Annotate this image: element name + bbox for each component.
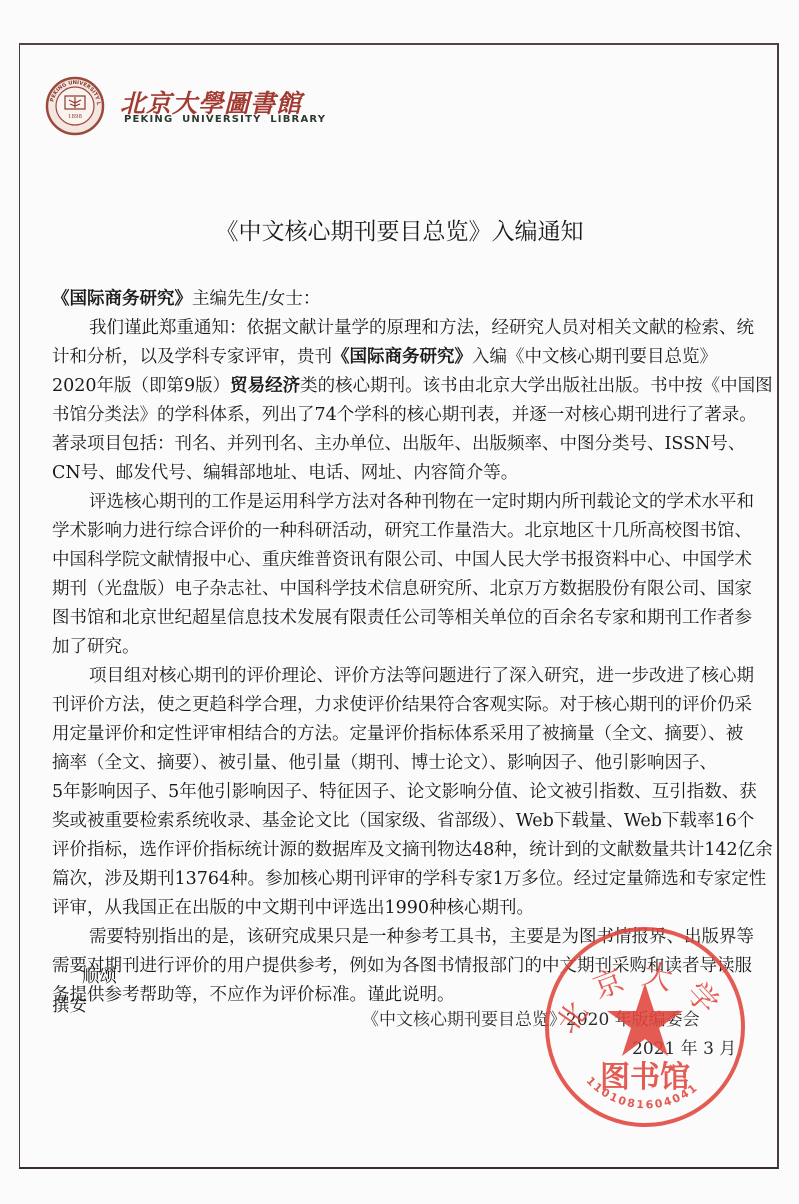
paragraph-1: 我们谨此郑重通知：依据文献计量学的原理和方法，经研究人员对相关文献的检索、统 计…	[52, 314, 752, 488]
closing-line-1: 顺颂	[82, 963, 117, 988]
paragraph-3: 项目组对核心期刊的评价理论、评价方法等问题进行了深入研究，进一步改进了核心期 刊…	[52, 662, 752, 923]
closing-line-2: 撰安	[52, 992, 87, 1017]
library-name-en: PEKING UNIVERSITY LIBRARY	[124, 114, 326, 125]
text-line: 用定量评价和定性评审相结合的方法。定量评价指标体系采用了被摘量（全文、摘要）、被	[52, 720, 752, 749]
paragraph-2: 评选核心期刊的工作是运用科学方法对各种刊物在一定时期内所刊载论文的学术水平和 学…	[52, 488, 752, 662]
text-line: 摘率（全文、摘要）、被引量、他引量（期刊、博士论文）、影响因子、他引影响因子、	[52, 749, 752, 778]
text-line: 评价指标，选作评价指标统计源的数据库及文摘刊物达48种，统计到的文献数量共计14…	[52, 836, 752, 865]
letter-body: 《国际商务研究》主编先生/女士： 我们谨此郑重通知：依据文献计量学的原理和方法，…	[52, 285, 752, 1010]
text-span: 入编《中文核心期刊要目总览》	[472, 347, 717, 367]
text-line: 评审，从我国正在出版的中文期刊中评选出1990种核心期刊。	[52, 894, 752, 923]
text-line: 计和分析，以及学科专家评审，贵刊《国际商务研究》入编《中文核心期刊要目总览》	[52, 343, 752, 372]
official-stamp-icon: 北京大学 图书馆 1101081604041	[543, 925, 748, 1130]
subject-category: 贸易经济	[230, 376, 300, 396]
document-title: 《中文核心期刊要目总览》入编通知	[0, 213, 799, 246]
journal-name: 《国际商务研究》	[52, 289, 192, 309]
text-line: 书馆分类法》的学科体系，列出了74个学科的核心期刊表，并逐一对核心期刊进行了著录…	[52, 401, 752, 430]
text-line: CN号、邮发代号、编辑部地址、电话、网址、内容简介等。	[52, 459, 752, 488]
text-span: 2020年版（即第9版）	[52, 376, 230, 396]
text-line: 我们谨此郑重通知：依据文献计量学的原理和方法，经研究人员对相关文献的检索、统	[52, 314, 752, 343]
text-line: 奖或被重要检索系统收录、基金论文比（国家级、省部级）、Web下载量、Web下载率…	[52, 807, 752, 836]
text-line: 篇次，涉及期刊13764种。参加核心期刊评审的学科专家1万多位。经过定量筛选和专…	[52, 865, 752, 894]
text-line: 项目组对核心期刊的评价理论、评价方法等问题进行了深入研究，进一步改进了核心期	[52, 662, 752, 691]
university-seal-icon: PEKING UNIVERSITY LIBRARY 1898	[45, 76, 105, 136]
svg-text:1898: 1898	[68, 114, 82, 120]
text-line: 2020年版（即第9版）贸易经济类的核心期刊。该书由北京大学出版社出版。书中按《…	[52, 372, 752, 401]
text-span: 类的核心期刊。该书由北京大学出版社出版。书中按《中国图	[300, 376, 773, 396]
salutation-text: 主编先生/女士：	[192, 289, 320, 309]
svg-text:图书馆: 图书馆	[600, 1060, 690, 1095]
text-line: 评选核心期刊的工作是运用科学方法对各种刊物在一定时期内所刊载论文的学术水平和	[52, 488, 752, 517]
salutation: 《国际商务研究》主编先生/女士：	[52, 285, 752, 314]
text-line: 刊评价方法，使之更趋科学合理，力求使评价结果符合客观实际。对于核心期刊的评价仍采	[52, 691, 752, 720]
text-line: 期刊（光盘版）电子杂志社、中国科学技术信息研究所、北京万方数据股份有限公司、国家	[52, 575, 752, 604]
text-line: 学术影响力进行综合评价的一种科研活动，研究工作量浩大。北京地区十几所高校图书馆、	[52, 517, 752, 546]
text-line: 图书馆和北京世纪超星信息技术发展有限责任公司等相关单位的百余名专家和期刊工作者参	[52, 604, 752, 633]
text-line: 中国科学院文献情报中心、重庆维普资讯有限公司、中国人民大学书报资料中心、中国学术	[52, 546, 752, 575]
text-line: 著录项目包括：刊名、并列刊名、主办单位、出版年、出版频率、中图分类号、ISSN号…	[52, 430, 752, 459]
text-span: 计和分析，以及学科专家评审，贵刊	[52, 347, 332, 367]
text-line: 5年影响因子、5年他引影响因子、特征因子、论文影响分值、论文被引指数、互引指数、…	[52, 778, 752, 807]
journal-name: 《国际商务研究》	[332, 347, 472, 367]
text-line: 加了研究。	[52, 633, 752, 662]
